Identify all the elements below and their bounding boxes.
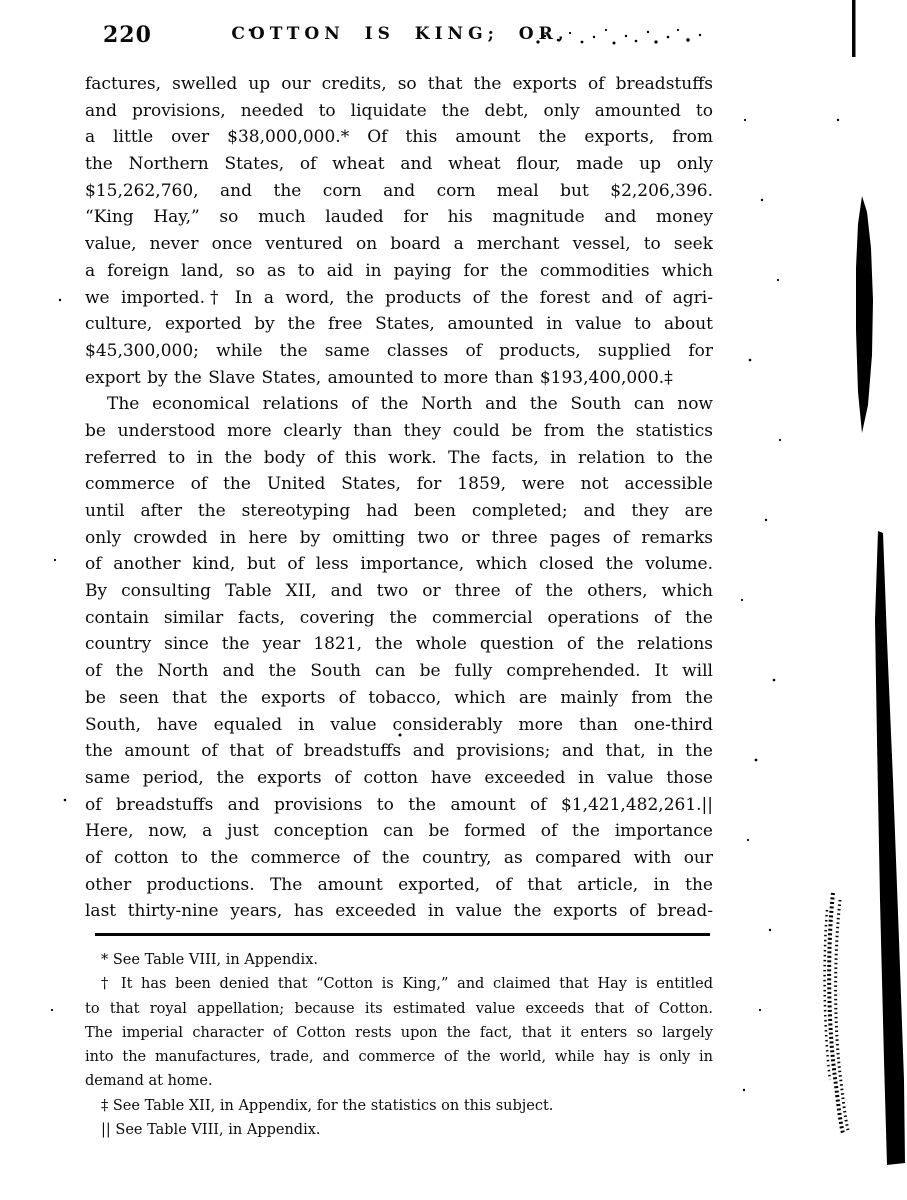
text-line: The economical relations of the North an…	[85, 391, 713, 418]
text-line: of the North and the South can be fully …	[85, 658, 713, 685]
footnote-line: * See Table VIII, in Appendix.	[85, 948, 713, 972]
text-line: last thirty-nine years, has exceeded in …	[85, 898, 713, 925]
book-page-scan: 220 COTTON IS KING; OR, factures, swelle…	[0, 0, 907, 1200]
text-line: export by the Slave States, amounted to …	[85, 365, 713, 392]
scan-artifact-blob	[856, 196, 873, 433]
text-line: $45,300,000; while the same classes of p…	[85, 338, 713, 365]
footnote-line: to that royal appellation; because its e…	[85, 997, 713, 1021]
text-line: and provisions, needed to liquidate the …	[85, 98, 713, 125]
text-line: we imported.† In a word, the products of…	[85, 285, 713, 312]
footnote-line: demand at home.	[85, 1069, 713, 1093]
text-line: commerce of the United States, for 1859,…	[85, 471, 713, 498]
text-line: until after the stereotyping had been co…	[85, 498, 713, 525]
text-line: culture, exported by the free States, am…	[85, 311, 713, 338]
text-line: same period, the exports of cotton have …	[85, 765, 713, 792]
text-line: factures, swelled up our credits, so tha…	[85, 71, 713, 98]
scan-artifact-speckle-streak	[825, 893, 848, 1133]
text-line: $15,262,760, and the corn and corn meal …	[85, 178, 713, 205]
text-line: South, have equaled in value considerabl…	[85, 712, 713, 739]
text-line: be understood more clearly than they cou…	[85, 418, 713, 445]
footnote-line: ‡ See Table XII, in Appendix, for the st…	[85, 1094, 713, 1118]
text-line: of cotton to the commerce of the country…	[85, 845, 713, 872]
text-line: the amount of that of breadstuffs and pr…	[85, 738, 713, 765]
page-header: 220 COTTON IS KING; OR,	[85, 20, 715, 52]
scan-artifact-top-bar	[852, 0, 856, 57]
text-line: only crowded in here by omitting two or …	[85, 525, 713, 552]
footnotes: * See Table VIII, in Appendix.† It has b…	[85, 948, 713, 1142]
text-line: country since the year 1821, the whole q…	[85, 631, 713, 658]
text-line: the Northern States, of wheat and wheat …	[85, 151, 713, 178]
text-line: other productions. The amount exported, …	[85, 872, 713, 899]
text-line: a foreign land, so as to aid in paying f…	[85, 258, 713, 285]
text-line: “King Hay,” so much lauded for his magni…	[85, 204, 713, 231]
body-text: factures, swelled up our credits, so tha…	[85, 71, 713, 925]
footnote-line: || See Table VIII, in Appendix.	[85, 1118, 713, 1142]
text-line: of breadstuffs and provisions to the amo…	[85, 792, 713, 819]
footnote-line: † It has been denied that “Cotton is Kin…	[85, 972, 713, 996]
text-line: value, never once ventured on board a me…	[85, 231, 713, 258]
scan-artifact-streak	[875, 531, 905, 1165]
text-line: a little over $38,000,000.* Of this amou…	[85, 124, 713, 151]
text-line: By consulting Table XII, and two or thre…	[85, 578, 713, 605]
text-line: of another kind, but of less importance,…	[85, 551, 713, 578]
running-header-title: COTTON IS KING; OR,	[85, 24, 715, 44]
footnote-line: The imperial character of Cotton rests u…	[85, 1021, 713, 1045]
text-line: referred to in the body of this work. Th…	[85, 445, 713, 472]
footnote-line: into the manufactures, trade, and commer…	[85, 1045, 713, 1069]
text-line: be seen that the exports of tobacco, whi…	[85, 685, 713, 712]
text-line: Here, now, a just conception can be form…	[85, 818, 713, 845]
footnote-separator-rule	[95, 933, 710, 936]
text-line: contain similar facts, covering the comm…	[85, 605, 713, 632]
